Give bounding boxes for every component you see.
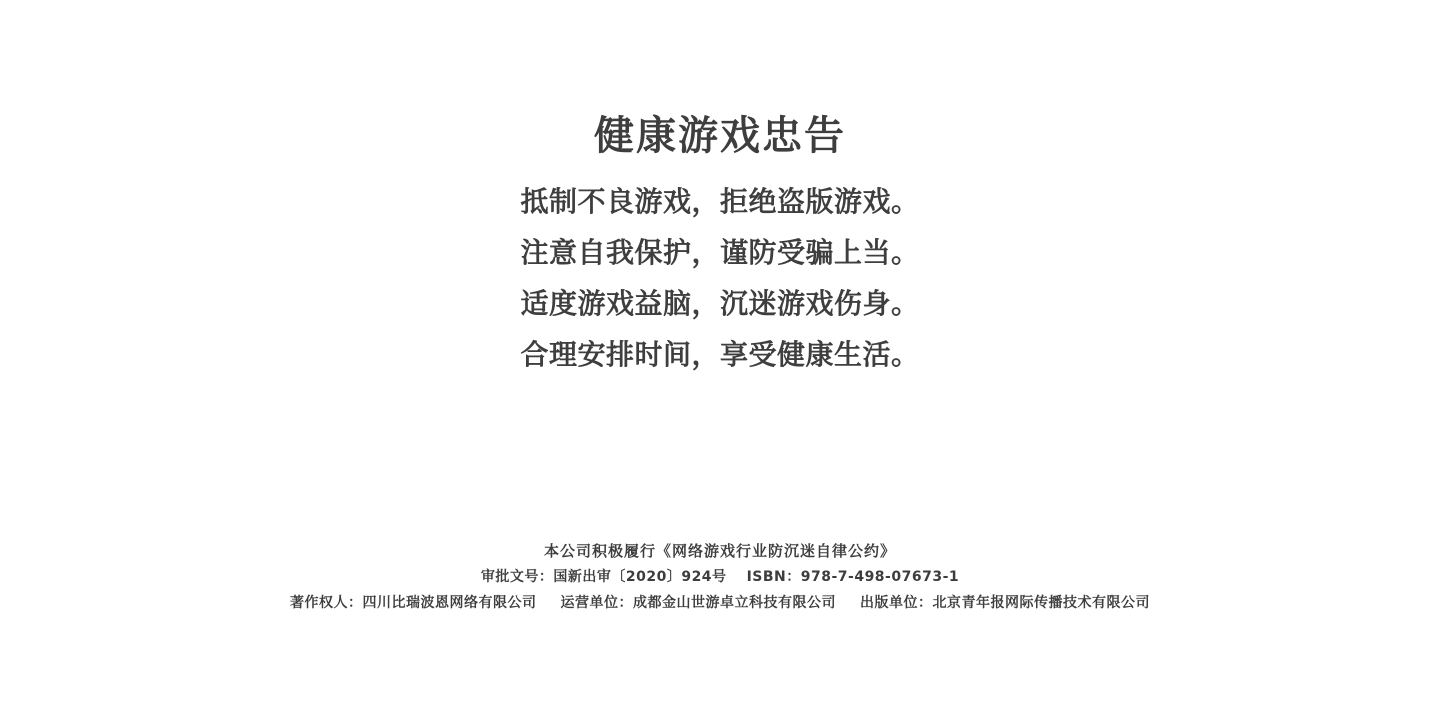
anti-addiction-pledge: 本公司积极履行《网络游戏行业防沉迷自律公约》 [0,540,1440,566]
slogan-line-2: 注意自我保护，谨防受骗上当。 [0,227,1440,278]
slogan-line-1: 抵制不良游戏，拒绝盗版游戏。 [0,176,1440,227]
approval-number: 审批文号：国新出审〔2020〕924号 [481,566,727,592]
isbn-number: ISBN：978-7-498-07673-1 [747,566,960,592]
publisher-info-footer: 本公司积极履行《网络游戏行业防沉迷自律公约》 审批文号：国新出审〔2020〕92… [0,540,1440,618]
operating-unit: 运营单位：成都金山世游卓立科技有限公司 [561,592,837,618]
slogan-line-3: 适度游戏益脑，沉迷游戏伤身。 [0,278,1440,329]
credits-line: 著作权人：四川比瑞波恩网络有限公司 运营单位：成都金山世游卓立科技有限公司 出版… [0,592,1440,618]
publishing-unit: 出版单位：北京青年报网际传播技术有限公司 [860,592,1150,618]
advisory-title: 健康游戏忠告 [0,104,1440,161]
slogan-list: 抵制不良游戏，拒绝盗版游戏。 注意自我保护，谨防受骗上当。 适度游戏益脑，沉迷游… [0,176,1440,380]
health-advisory-splash: 健康游戏忠告 抵制不良游戏，拒绝盗版游戏。 注意自我保护，谨防受骗上当。 适度游… [0,0,1440,720]
slogan-line-4: 合理安排时间，享受健康生活。 [0,329,1440,380]
approval-line: 审批文号：国新出审〔2020〕924号 ISBN：978-7-498-07673… [0,566,1440,592]
copyright-holder: 著作权人：四川比瑞波恩网络有限公司 [290,592,537,618]
